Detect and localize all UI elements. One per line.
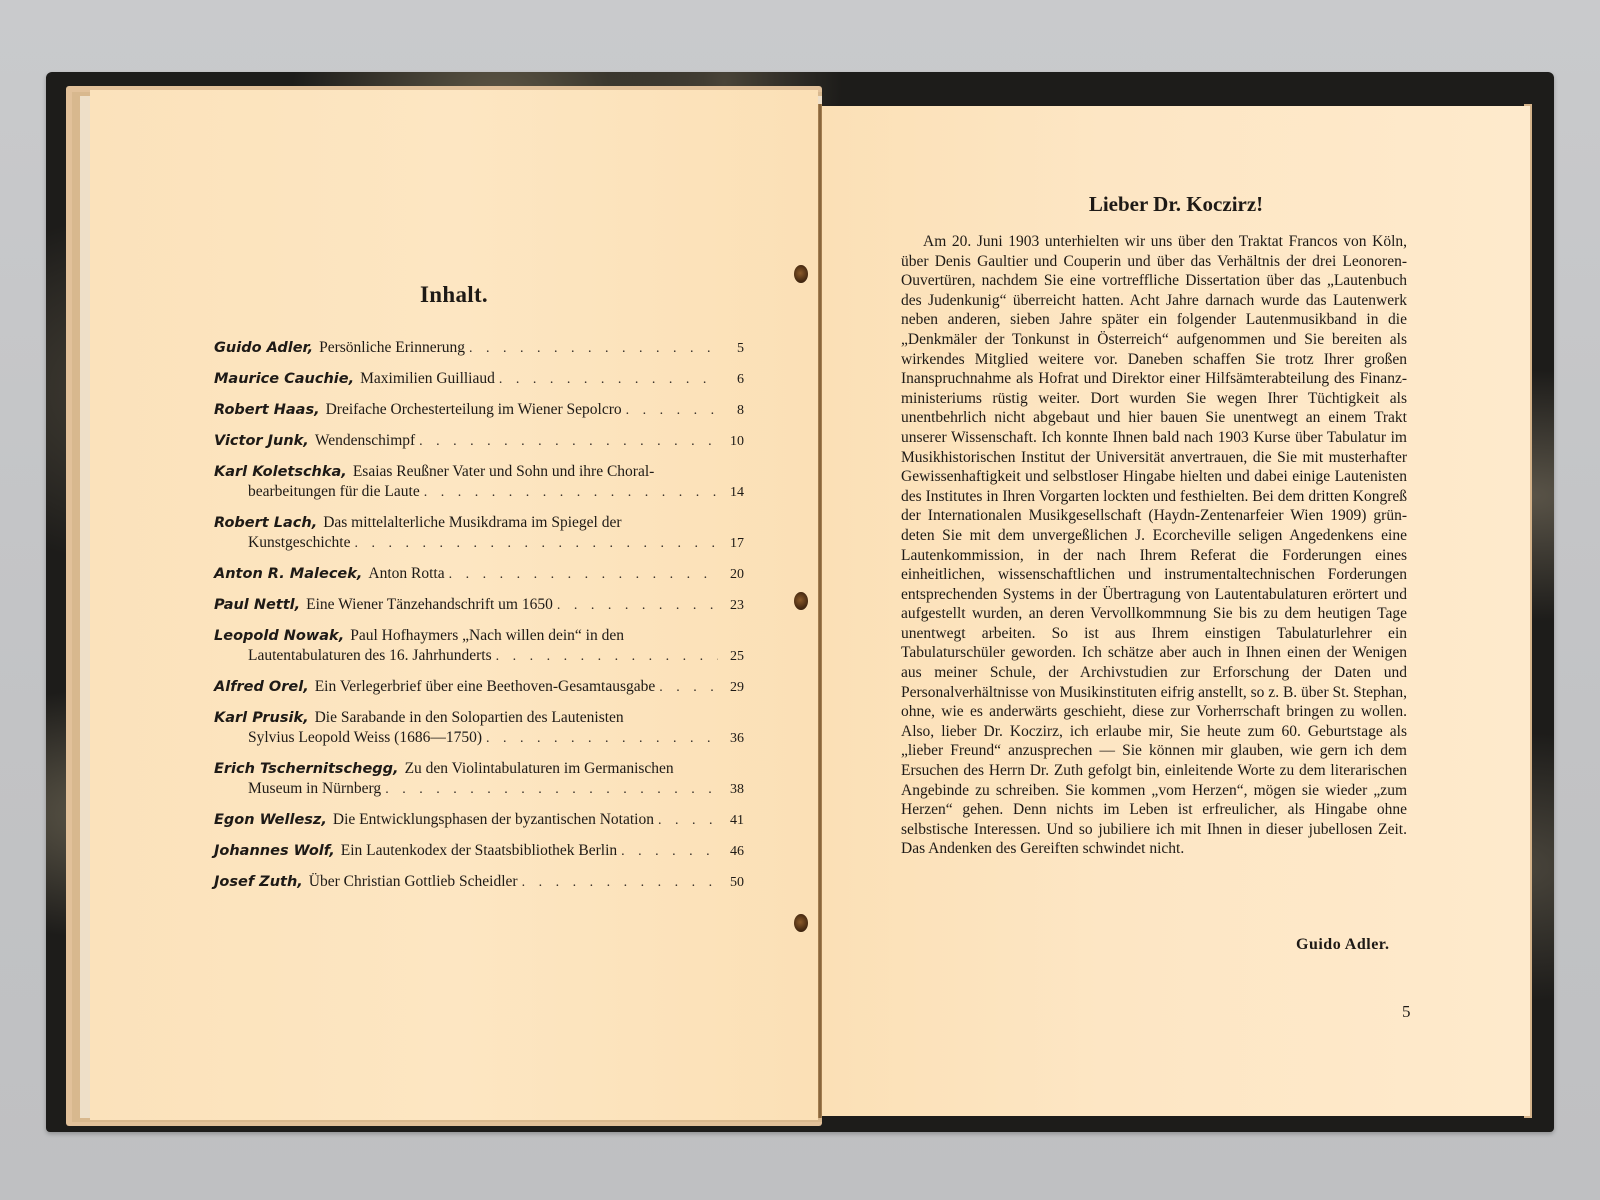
toc-line: Museum in Nürnberg38	[214, 779, 744, 800]
toc-line: Alfred Orel,Ein Verlegerbrief über eine …	[214, 677, 744, 698]
toc-page-number: 20	[722, 565, 744, 585]
toc-title-continued: bearbeitungen für die Laute	[248, 482, 420, 502]
toc-page-number: 5	[722, 339, 744, 359]
toc-page-number: 14	[722, 483, 744, 503]
toc-page-number: 6	[722, 370, 744, 390]
leader-dots	[449, 565, 718, 585]
leader-dots	[557, 596, 718, 616]
leader-dots	[658, 811, 718, 831]
toc-page-number: 36	[722, 729, 744, 749]
leader-dots	[385, 780, 718, 800]
letter-paragraph: Am 20. Juni 1903 unterhielten wir uns üb…	[901, 232, 1407, 859]
toc-line: bearbeitungen für die Laute14	[214, 482, 744, 503]
toc-title: Maximilien Guilliaud	[360, 369, 495, 389]
toc-author: Leopold Nowak,	[214, 626, 344, 646]
toc-author: Josef Zuth,	[214, 872, 303, 892]
toc-entry: Johannes Wolf,Ein Lautenkodex der Staats…	[214, 841, 744, 862]
toc-title-continued: Sylvius Leopold Weiss (1686—1750)	[248, 728, 482, 748]
signature: Guido Adler.	[1296, 936, 1389, 954]
toc-line: Johannes Wolf,Ein Lautenkodex der Staats…	[214, 841, 744, 862]
toc-line: Victor Junk,Wendenschimpf10	[214, 431, 744, 452]
toc-entry: Karl Prusik,Die Sarabande in den Solopar…	[214, 708, 744, 749]
toc-title: Das mittelalterliche Musikdrama im Spieg…	[323, 513, 621, 533]
toc-title-continued: Museum in Nürnberg	[248, 779, 381, 799]
toc-page-number: 50	[722, 873, 744, 893]
toc-author: Guido Adler,	[214, 338, 313, 358]
leader-dots	[659, 678, 718, 698]
leader-dots	[419, 432, 718, 452]
toc-line: Guido Adler,Persönliche Erinnerung5	[214, 338, 744, 359]
toc-page-number: 38	[722, 780, 744, 800]
toc-title: Persönliche Erinnerung	[319, 338, 465, 358]
leader-dots	[486, 729, 718, 749]
toc-author: Robert Lach,	[214, 513, 317, 533]
toc-title: Die Sarabande in den Solopartien des Lau…	[315, 708, 624, 728]
toc-title: Eine Wiener Tänzehandschrift um 1650	[306, 595, 553, 615]
toc-page-number: 25	[722, 647, 744, 667]
toc-line: Maurice Cauchie,Maximilien Guilliaud6	[214, 369, 744, 390]
toc-author: Maurice Cauchie,	[214, 369, 354, 389]
toc-title: Zu den Violintabulaturen im Germanischen	[405, 759, 674, 779]
toc-page-number: 10	[722, 432, 744, 452]
letter-body: Am 20. Juni 1903 unterhielten wir uns üb…	[901, 232, 1407, 859]
leader-dots	[469, 339, 718, 359]
toc-author: Erich Tschernitschegg,	[214, 759, 399, 779]
leader-dots	[424, 483, 718, 503]
leader-dots	[496, 647, 718, 667]
toc-author: Victor Junk,	[214, 431, 309, 451]
toc-title: Ein Lautenkodex der Staatsbibliothek Ber…	[341, 841, 617, 861]
leader-dots	[621, 842, 718, 862]
toc-author: Karl Koletschka,	[214, 462, 347, 482]
toc-title: Paul Hofhaymers „Nach willen dein“ in de…	[350, 626, 624, 646]
toc-title: Dreifache Orchesterteilung im Wiener Sep…	[326, 400, 622, 420]
binding-hole-icon	[794, 914, 808, 932]
toc-entry: Josef Zuth,Über Christian Gottlieb Schei…	[214, 872, 744, 893]
toc-author: Anton R. Malecek,	[214, 564, 362, 584]
toc-line: Erich Tschernitschegg,Zu den Violintabul…	[214, 759, 714, 779]
toc-entry: Guido Adler,Persönliche Erinnerung5	[214, 338, 744, 359]
toc-entry: Victor Junk,Wendenschimpf10	[214, 431, 744, 452]
leader-dots	[354, 534, 718, 554]
toc-line: Josef Zuth,Über Christian Gottlieb Schei…	[214, 872, 744, 893]
toc-line: Lautentabulaturen des 16. Jahrhunderts25	[214, 646, 744, 667]
toc-line: Egon Wellesz,Die Entwicklungsphasen der …	[214, 810, 744, 831]
toc-author: Alfred Orel,	[214, 677, 309, 697]
toc-line: Robert Haas,Dreifache Orchesterteilung i…	[214, 400, 744, 421]
toc-entry: Leopold Nowak,Paul Hofhaymers „Nach will…	[214, 626, 744, 667]
toc-line: Kunstgeschichte17	[214, 533, 744, 554]
toc-page-number: 17	[722, 534, 744, 554]
toc-line: Anton R. Malecek,Anton Rotta20	[214, 564, 744, 585]
toc-title-continued: Lautentabulaturen des 16. Jahrhunderts	[248, 646, 492, 666]
toc-line: Karl Koletschka,Esaias Reußner Vater und…	[214, 462, 714, 482]
toc-page-number: 8	[722, 401, 744, 421]
toc-line: Karl Prusik,Die Sarabande in den Solopar…	[214, 708, 714, 728]
toc-entry: Robert Lach,Das mittelalterliche Musikdr…	[214, 513, 744, 554]
letter-heading: Lieber Dr. Koczirz!	[822, 192, 1530, 217]
toc-line: Paul Nettl,Eine Wiener Tänzehandschrift …	[214, 595, 744, 616]
toc-title: Esaias Reußner Vater und Sohn und ihre C…	[353, 462, 654, 482]
toc-entry: Robert Haas,Dreifache Orchesterteilung i…	[214, 400, 744, 421]
toc-page-number: 23	[722, 596, 744, 616]
toc-entry: Paul Nettl,Eine Wiener Tänzehandschrift …	[214, 595, 744, 616]
toc-entry: Egon Wellesz,Die Entwicklungsphasen der …	[214, 810, 744, 831]
toc-entry: Anton R. Malecek,Anton Rotta20	[214, 564, 744, 585]
toc-author: Paul Nettl,	[214, 595, 300, 615]
leader-dots	[499, 370, 718, 390]
toc-line: Sylvius Leopold Weiss (1686—1750)36	[214, 728, 744, 749]
leader-dots	[522, 873, 718, 893]
toc-page-number: 46	[722, 842, 744, 862]
binding-hole-icon	[794, 265, 808, 283]
toc-title: Wendenschimpf	[315, 431, 415, 451]
book-gutter	[818, 104, 822, 1118]
toc-page-number: 29	[722, 678, 744, 698]
toc-title: Die Entwicklungsphasen der byzantischen …	[333, 810, 654, 830]
toc-author: Johannes Wolf,	[214, 841, 335, 861]
toc-entry: Alfred Orel,Ein Verlegerbrief über eine …	[214, 677, 744, 698]
toc-line: Robert Lach,Das mittelalterliche Musikdr…	[214, 513, 714, 533]
page-number: 5	[1402, 1002, 1411, 1022]
toc-author: Egon Wellesz,	[214, 810, 327, 830]
toc-entry: Erich Tschernitschegg,Zu den Violintabul…	[214, 759, 744, 800]
toc-author: Robert Haas,	[214, 400, 320, 420]
binding-hole-icon	[794, 592, 808, 610]
toc-title-continued: Kunstgeschichte	[248, 533, 350, 553]
toc-title: Über Christian Gottlieb Scheidler	[309, 872, 518, 892]
toc-entry: Maurice Cauchie,Maximilien Guilliaud6	[214, 369, 744, 390]
leader-dots	[626, 401, 718, 421]
toc-title: Ein Verlegerbrief über eine Beethoven-Ge…	[315, 677, 656, 697]
toc-author: Karl Prusik,	[214, 708, 309, 728]
table-of-contents: Guido Adler,Persönliche Erinnerung5Mauri…	[214, 338, 744, 903]
toc-line: Leopold Nowak,Paul Hofhaymers „Nach will…	[214, 626, 714, 646]
toc-title: Anton Rotta	[368, 564, 444, 584]
toc-page-number: 41	[722, 811, 744, 831]
toc-entry: Karl Koletschka,Esaias Reußner Vater und…	[214, 462, 744, 503]
toc-heading: Inhalt.	[90, 282, 818, 308]
